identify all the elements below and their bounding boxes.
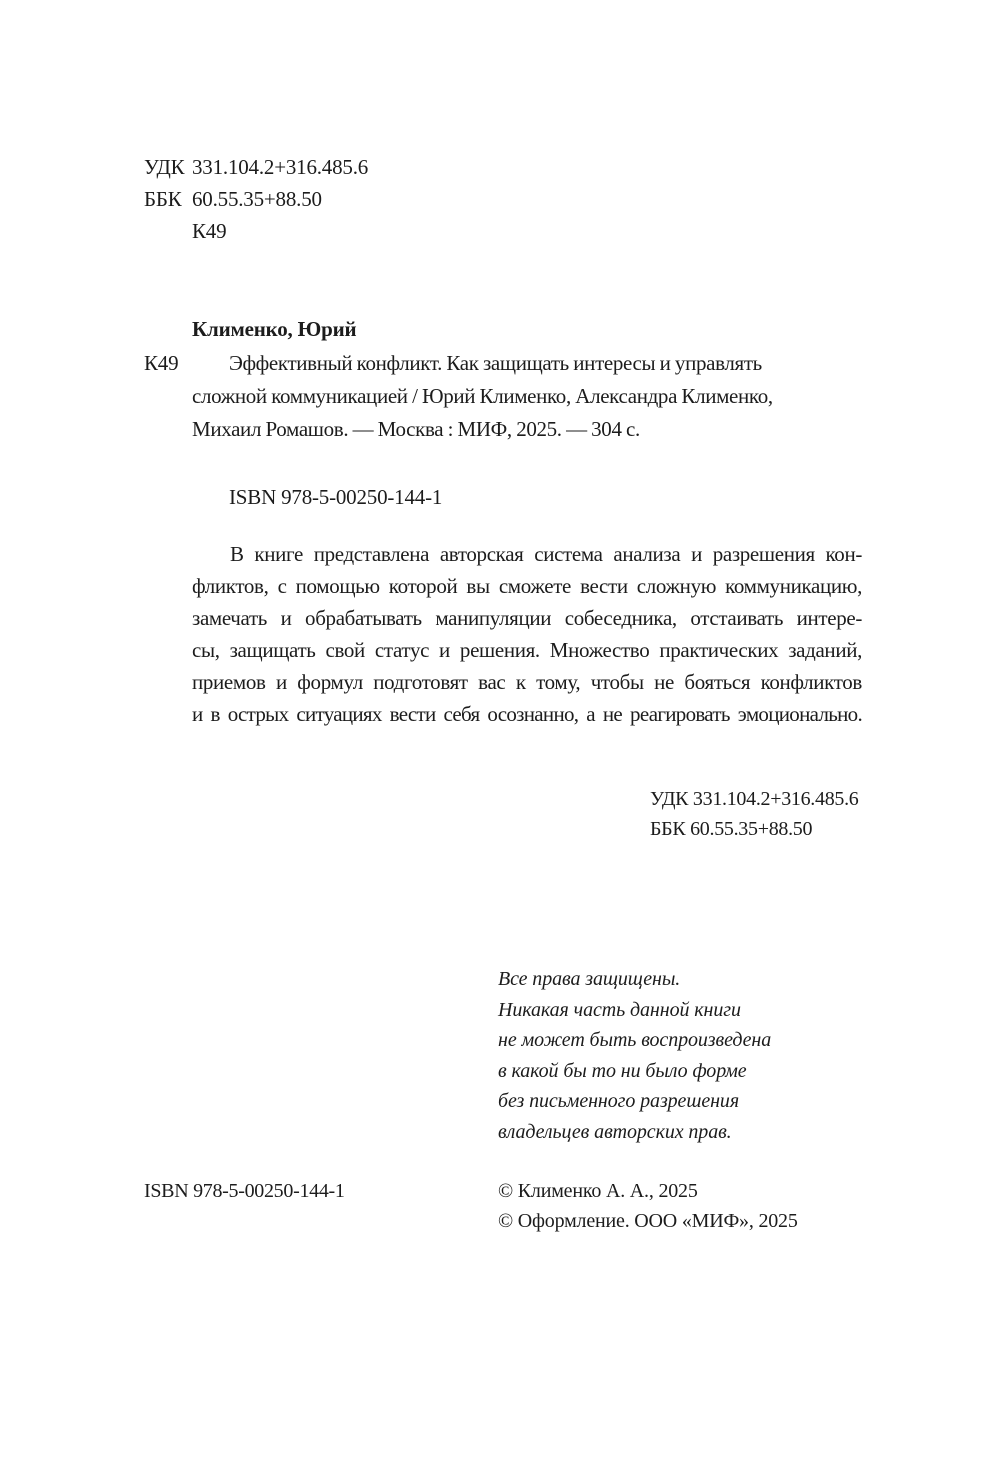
bbk-code: ББК 60.55.35+88.50 <box>650 814 812 844</box>
description-line: сложной коммуникацией / Юрий Клименко, А… <box>192 381 773 412</box>
footer-isbn: ISBN 978-5-00250-144-1 <box>144 1176 345 1206</box>
annotation-line: приемов и формул подготовят вас к тому, … <box>192 667 862 697</box>
rights-line: владельцев авторских прав. <box>498 1117 732 1147</box>
annotation-line: фликтов, с помощью которой вы сможете ве… <box>192 571 862 601</box>
description-line: Михаил Ромашов. — Москва : МИФ, 2025. — … <box>192 414 640 445</box>
annotation-line: В книге представлена авторская система а… <box>230 539 862 569</box>
udk-value: 331.104.2+316.485.6 <box>192 152 368 182</box>
udk-code: УДК 331.104.2+316.485.6 <box>650 784 859 814</box>
annotation-line: замечать и обрабатывать манипуляции собе… <box>192 603 862 633</box>
annotation-line: и в острых ситуациях вести себя осознанн… <box>192 699 862 729</box>
rights-line: Никакая часть данной книги <box>498 995 741 1025</box>
annotation-line: сы, защищать свой статус и решения. Множ… <box>192 635 862 665</box>
imprint-page: УДК 331.104.2+316.485.6 ББК 60.55.35+88.… <box>0 0 1000 1471</box>
record-author-mark: К49 <box>144 348 178 378</box>
rights-line: без письменного разрешения <box>498 1086 739 1116</box>
rights-line: Все права защищены. <box>498 964 680 994</box>
copyright-line: © Клименко А. А., 2025 <box>498 1176 698 1206</box>
description-line: Эффективный конфликт. Как защищать интер… <box>229 348 762 379</box>
copyright-line: © Оформление. ООО «МИФ», 2025 <box>498 1206 798 1236</box>
udk-label: УДК <box>144 152 184 182</box>
bbk-value: 60.55.35+88.50 <box>192 184 322 214</box>
isbn: ISBN 978-5-00250-144-1 <box>229 482 442 512</box>
bbk-label: ББК <box>144 184 182 214</box>
rights-line: не может быть воспроизведена <box>498 1025 771 1055</box>
author-heading: Клименко, Юрий <box>192 314 356 344</box>
author-mark: К49 <box>192 216 226 246</box>
rights-line: в какой бы то ни было форме <box>498 1056 747 1086</box>
